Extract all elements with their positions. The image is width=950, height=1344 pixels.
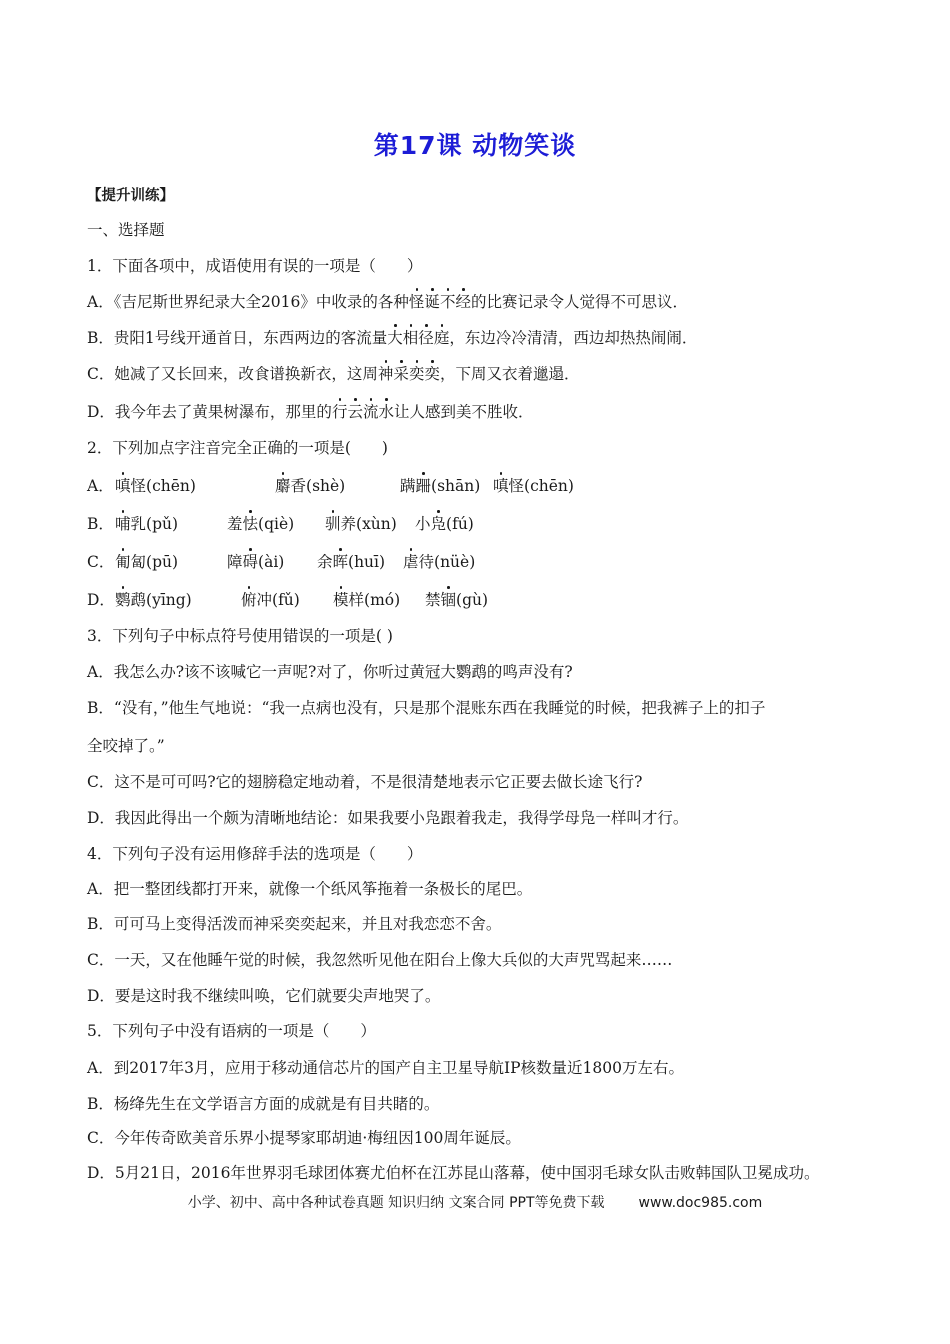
pinyin-item: 鹦鹉(yīng) (115, 590, 192, 610)
q3-option-b: B．“没有，”他生气地说：“我一点病也没有，只是那个混账东西在我睡觉的时候，把我… (87, 698, 765, 718)
dotted-char: 怪 (409, 292, 425, 312)
q5-option-b: B．杨绛先生在文学语言方面的成就是有目共睹的。 (87, 1094, 439, 1114)
q1-option-b: B．贵阳1号线开通首日，东西两边的客流量大相径庭，东边冷冷清清，西边却热热闹闹． (87, 328, 697, 348)
emphasized-idiom: 神采奕奕 (378, 365, 440, 383)
q5-option-a: A．到2017年3月，应用于移动通信芯片的国产自主卫星导航IP核数量近1800万… (87, 1058, 684, 1078)
part-heading: 一、选择题 (87, 220, 165, 240)
emphasized-idiom: 行云流水 (332, 403, 394, 421)
dotted-char: 麝 (275, 476, 291, 496)
question-1-stem: 1．下面各项中，成语使用有误的一项是（ ） (87, 256, 422, 276)
q3-option-b-continued: 全咬掉了。” (87, 736, 165, 756)
question-3-stem: 3．下列句子中标点符号使用错误的一项是( ) (87, 626, 393, 646)
option-label: B． (87, 514, 114, 534)
question-2-stem: 2．下列加点字注音完全正确的一项是( ) (87, 438, 388, 458)
pinyin-text: 怪(chēn) (509, 477, 574, 495)
pinyin-item: 虐待(nüè) (403, 552, 475, 572)
emphasized-idiom: 大相径庭 (387, 329, 449, 347)
q5-option-d: D．5月21日，2016年世界羽毛球团体赛尤伯杯在江苏昆山落幕，使中国羽毛球女队… (87, 1163, 819, 1183)
pinyin-item: 障碍(ài) (227, 552, 284, 572)
option-text: ，东边冷冷清清，西边却热热闹闹． (449, 329, 697, 347)
option-text: 的比赛记录令人觉得不可思议． (471, 293, 688, 311)
dotted-char: 经 (455, 292, 471, 312)
pinyin-item: 麝香(shè) (275, 476, 345, 496)
pinyin-text: (qiè) (258, 515, 294, 533)
pinyin-item: 匍匐(pū) (115, 552, 178, 572)
option-text: ，下周又衣着邋遢． (440, 365, 580, 383)
pinyin-text: (shān) (431, 477, 480, 495)
pinyin-text: (ài) (258, 553, 284, 571)
plain-char: 蹒 (400, 477, 416, 495)
dotted-char: 锢 (441, 590, 457, 610)
plain-char: 羞 (227, 515, 243, 533)
dotted-char: 匍 (115, 552, 131, 572)
pinyin-item: 嗔怪(chēn) (493, 476, 574, 496)
footer-url-link[interactable]: www.doc985.com (639, 1195, 763, 1211)
emphasized-text: 怪诞不经 (409, 293, 471, 311)
pinyin-text: 养(xùn) (341, 515, 397, 533)
question-4-stem: 4．下列句子没有运用修辞手法的选项是（ ） (87, 844, 422, 864)
pinyin-item: 俯冲(fǔ) (241, 590, 300, 610)
page-footer: 小学、初中、高中各种试卷真题 知识归纳 文案合同 PPT等免费下载www.doc… (0, 1192, 950, 1212)
pinyin-text: 样(mó) (349, 591, 401, 609)
q3-option-a: A．我怎么办?该不该喊它一声呢?对了，你听过黄冠大鹦鹉的鸣声没有? (87, 662, 573, 682)
pinyin-item: 驯养(xùn) (325, 514, 397, 534)
dotted-char: 径 (418, 328, 434, 348)
pinyin-text: (huī) (348, 553, 385, 571)
document-page: 第17课 动物笑谈 【提升训练】 一、选择题 1．下面各项中，成语使用有误的一项… (0, 0, 950, 1344)
dotted-char: 庭 (434, 328, 450, 348)
plain-char: 障 (227, 553, 243, 571)
footer-text: 小学、初中、高中各种试卷真题 知识归纳 文案合同 PPT等免费下载 (188, 1195, 605, 1211)
dotted-char: 水 (378, 402, 394, 422)
dotted-char: 跚 (416, 476, 432, 496)
q4-option-c: C．一天，又在他睡午觉的时候，我忽然听见他在阳台上像大兵似的大声咒骂起来…… (87, 950, 672, 970)
dotted-char: 奕 (424, 364, 440, 384)
option-text: D．我今年去了黄果树瀑布，那里的 (87, 403, 332, 421)
pinyin-item: 哺乳(pǔ) (115, 514, 178, 534)
pinyin-item: 嗔怪(chēn) (115, 476, 196, 496)
pinyin-text: 匐(pū) (131, 553, 179, 571)
dotted-char: 诞 (424, 292, 440, 312)
pinyin-text: 鹉(yīng) (131, 591, 192, 609)
option-label: A． (87, 476, 114, 496)
option-text: A．《吉尼斯世界纪录大全2016》中收录的各种 (87, 293, 409, 311)
section-heading: 【提升训练】 (87, 186, 174, 206)
pinyin-item: 小凫(fú) (415, 514, 474, 534)
dotted-char: 奕 (409, 364, 425, 384)
dotted-char: 云 (347, 402, 363, 422)
dotted-char: 嗔 (493, 476, 509, 496)
emphasized-idiom: 怪诞不经 (409, 293, 471, 311)
plain-char: 余 (317, 553, 333, 571)
option-text: C．她减了又长回来，改食谱换新衣，这周 (87, 365, 378, 383)
dotted-char: 神 (378, 364, 394, 384)
pinyin-text: 怪(chēn) (131, 477, 196, 495)
pinyin-item: 模样(mó) (333, 590, 400, 610)
dotted-char: 鹦 (115, 590, 131, 610)
page-title: 第17课 动物笑谈 (0, 126, 950, 162)
option-text: B．贵阳1号线开通首日，东西两边的客流量 (87, 329, 387, 347)
dotted-char: 大 (387, 328, 403, 348)
dotted-char: 怯 (243, 514, 259, 534)
q1-option-d: D．我今年去了黄果树瀑布，那里的行云流水让人感到美不胜收． (87, 402, 534, 422)
option-text: 让人感到美不胜收． (394, 403, 534, 421)
q1-option-c: C．她减了又长回来，改食谱换新衣，这周神采奕奕，下周又衣着邋遢． (87, 364, 579, 384)
q3-option-d: D．我因此得出一个颇为清晰地结论：如果我要小凫跟着我走，我得学母凫一样叫才行。 (87, 808, 688, 828)
dotted-char: 驯 (325, 514, 341, 534)
dotted-char: 采 (393, 364, 409, 384)
dotted-char: 相 (403, 328, 419, 348)
dotted-char: 晖 (333, 552, 349, 572)
dotted-char: 哺 (115, 514, 131, 534)
dotted-char: 碍 (243, 552, 259, 572)
dotted-char: 行 (332, 402, 348, 422)
question-5-stem: 5．下列句子中没有语病的一项是（ ） (87, 1021, 376, 1041)
pinyin-text: 冲(fǔ) (257, 591, 300, 609)
pinyin-text: (gù) (456, 591, 488, 609)
q4-option-b: B．可可马上变得活泼而神采奕奕起来，并且对我恋恋不舍。 (87, 914, 501, 934)
dotted-char: 嗔 (115, 476, 131, 496)
pinyin-text: 乳(pǔ) (131, 515, 179, 533)
dotted-char: 流 (363, 402, 379, 422)
dotted-char: 凫 (431, 514, 447, 534)
plain-char: 禁 (425, 591, 441, 609)
pinyin-text: 待(nüè) (419, 553, 476, 571)
pinyin-item: 禁锢(gù) (425, 590, 488, 610)
dotted-char: 俯 (241, 590, 257, 610)
q5-option-c: C．今年传奇欧美音乐界小提琴家耶胡迪·梅纽因100周年诞辰。 (87, 1128, 521, 1148)
dotted-char: 模 (333, 590, 349, 610)
q3-option-c: C．这不是可可吗?它的翅膀稳定地动着，不是很清楚地表示它正要去做长途飞行? (87, 772, 642, 792)
plain-char: 小 (415, 515, 431, 533)
pinyin-text: 香(shè) (291, 477, 346, 495)
q4-option-d: D．要是这时我不继续叫唤，它们就要尖声地哭了。 (87, 986, 440, 1006)
q4-option-a: A．把一整团线都打开来，就像一个纸风筝拖着一条极长的尾巴。 (87, 879, 532, 899)
pinyin-item: 余晖(huī) (317, 552, 385, 572)
pinyin-text: (fú) (446, 515, 474, 533)
dotted-char: 不 (440, 292, 456, 312)
q1-option-a: A．《吉尼斯世界纪录大全2016》中收录的各种怪诞不经的比赛记录令人觉得不可思议… (87, 292, 688, 312)
pinyin-item: 蹒跚(shān) (400, 476, 480, 496)
option-label: C． (87, 552, 114, 572)
option-label: D． (87, 590, 115, 610)
pinyin-item: 羞怯(qiè) (227, 514, 294, 534)
dotted-char: 虐 (403, 552, 419, 572)
